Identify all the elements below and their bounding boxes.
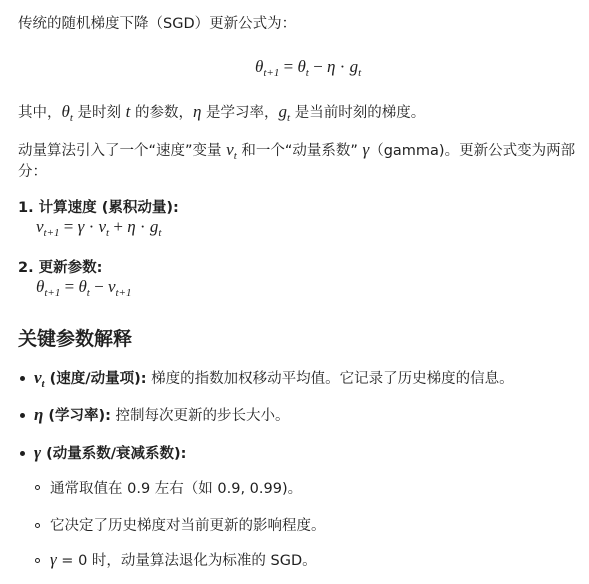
bullet-icon: [20, 413, 25, 418]
section-heading: 关键参数解释: [18, 324, 132, 351]
step-2-title: 2. 更新参数:: [18, 256, 102, 277]
sgd-intro-text: 传统的随机梯度下降（SGD）更新公式为：: [18, 12, 296, 33]
circle-bullet-icon: [35, 523, 40, 528]
gamma-note-3: γ = 0 时，动量算法退化为标准的 SGD。: [50, 549, 317, 570]
circle-bullet-icon: [35, 558, 40, 563]
step-1-formula: vt+1 = γ · vt + η · gt: [36, 217, 161, 239]
param-learning-rate: η (学习率): 控制每次更新的步长大小。: [34, 404, 290, 425]
param-velocity: vt (速度/动量项): 梯度的指数加权移动平均值。它记录了历史梯度的信息。: [34, 367, 514, 390]
momentum-intro-line1: 动量算法引入了一个“速度”变量 vt 和一个“动量系数” γ（gamma)。更新…: [18, 139, 575, 162]
sgd-explanation: 其中，θt 是时刻 t 的参数，η 是学习率，gt 是当前时刻的梯度。: [18, 101, 425, 124]
bullet-icon: [20, 376, 25, 381]
circle-bullet-icon: [35, 485, 40, 490]
gamma-note-1: 通常取值在 0.9 左右（如 0.9, 0.99)。: [50, 477, 302, 498]
sgd-formula: θt+1 = θt − η · gt: [255, 57, 361, 79]
bullet-icon: [20, 451, 25, 456]
step-2-formula: θt+1 = θt − vt+1: [36, 277, 131, 299]
gamma-note-2: 它决定了历史梯度对当前更新的影响程度。: [50, 514, 326, 535]
step-1-title: 1. 计算速度 (累积动量):: [18, 196, 179, 217]
momentum-intro-line2: 分：: [18, 160, 47, 181]
param-gamma: γ (动量系数/衰减系数):: [34, 442, 186, 463]
